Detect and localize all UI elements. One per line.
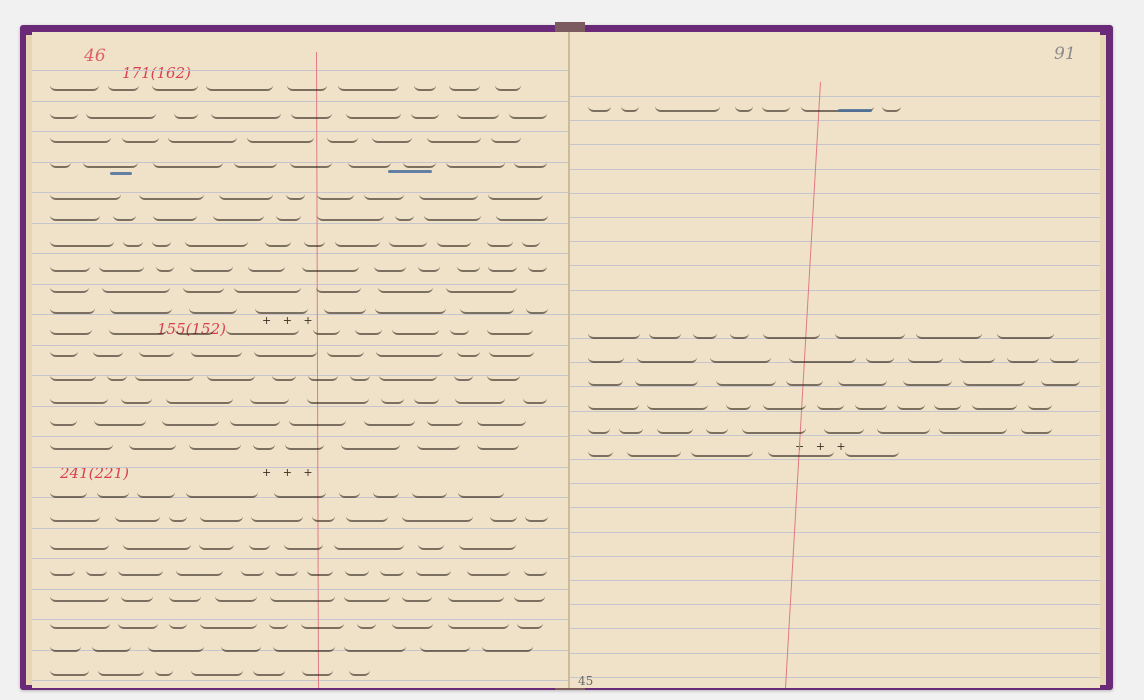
handwritten-word: [897, 394, 924, 410]
handwritten-word: [877, 418, 930, 434]
handwritten-word: [635, 370, 699, 386]
handwritten-word: [113, 205, 136, 221]
handwritten-word: [83, 152, 138, 168]
ruling-line: [32, 223, 568, 224]
handwritten-word: [287, 75, 328, 91]
ruling-line: [570, 314, 1100, 315]
handwritten-word: [344, 636, 406, 652]
handwritten-word: [972, 394, 1017, 410]
handwritten-word: [647, 394, 708, 410]
handwritten-word: [341, 434, 400, 450]
handwritten-word: [206, 75, 272, 91]
handwritten-word: [284, 534, 322, 550]
handwritten-word: [523, 388, 548, 404]
handwritten-word: [528, 256, 548, 272]
handwritten-word: [621, 96, 640, 112]
handwritten-word: [381, 388, 404, 404]
handwritten-word: [153, 205, 196, 221]
ruling-line: [570, 120, 1100, 121]
ruling-line: [570, 435, 1100, 436]
handwritten-word: [199, 534, 234, 550]
handwritten-word: [418, 256, 440, 272]
handwritten-word: [98, 660, 145, 676]
handwritten-word: [655, 96, 721, 112]
handwritten-word: [934, 394, 961, 410]
handwritten-word: [189, 434, 241, 450]
handwritten-word: [50, 434, 113, 450]
ruling-line: [32, 314, 568, 315]
handwritten-word: [50, 184, 121, 200]
handwritten-word: [392, 319, 439, 335]
handwritten-word: [50, 256, 90, 272]
handwritten-word: [139, 341, 174, 357]
handwritten-word: [437, 231, 471, 247]
handwritten-word: [312, 506, 335, 522]
handwritten-word: [251, 506, 303, 522]
handwritten-word: [92, 636, 131, 652]
handwritten-word: [123, 231, 143, 247]
handwritten-word: [710, 347, 770, 363]
handwritten-word: [706, 418, 728, 434]
handwritten-word: [189, 298, 237, 314]
handwritten-word: [153, 152, 224, 168]
handwritten-word: [789, 347, 856, 363]
handwritten-word: [997, 323, 1054, 339]
handwritten-word: [327, 341, 364, 357]
handwritten-word: [627, 441, 681, 457]
handwritten-word: [169, 613, 187, 629]
handwritten-word: [419, 184, 478, 200]
handwritten-word: [448, 613, 508, 629]
handwritten-word: [375, 298, 447, 314]
handwritten-word: [162, 410, 219, 426]
handwritten-word: [908, 347, 942, 363]
handwritten-word: [221, 636, 262, 652]
ruling-line: [570, 532, 1100, 533]
ruling-line: [570, 290, 1100, 291]
handwritten-word: [517, 613, 543, 629]
handwritten-word: [349, 660, 370, 676]
handwritten-word: [50, 231, 114, 247]
handwritten-word: [168, 127, 237, 143]
handwritten-word: [118, 613, 158, 629]
handwritten-word: [514, 586, 545, 602]
handwritten-word: [276, 205, 301, 221]
handwritten-word: [424, 205, 481, 221]
handwritten-word: [50, 205, 100, 221]
handwritten-word: [838, 370, 887, 386]
handwritten-word: [317, 184, 355, 200]
handwritten-word: [50, 410, 77, 426]
handwritten-word: [364, 184, 404, 200]
handwritten-word: [156, 256, 174, 272]
handwritten-word: [526, 298, 548, 314]
ruling-line: [32, 70, 568, 71]
handwritten-word: [50, 103, 78, 119]
handwritten-word: [99, 256, 143, 272]
handwritten-word: [446, 152, 505, 168]
handwritten-word: [304, 231, 325, 247]
handwritten-word: [403, 152, 436, 168]
handwritten-word: [489, 341, 534, 357]
handwritten-word: [416, 560, 451, 576]
handwritten-word: [374, 256, 407, 272]
handwritten-word: [762, 96, 790, 112]
handwritten-word: [525, 506, 547, 522]
handwritten-word: [378, 277, 433, 293]
handwritten-word: [255, 298, 308, 314]
blue-pencil-underline: [838, 109, 872, 112]
handwritten-word: [420, 636, 470, 652]
handwritten-word: [455, 388, 505, 404]
handwritten-word: [308, 365, 338, 381]
ruling-line: [570, 169, 1100, 170]
handwritten-word: [110, 298, 171, 314]
ruling-line: [32, 680, 568, 681]
handwritten-word: [588, 96, 611, 112]
handwritten-word: [324, 298, 366, 314]
handwritten-word: [129, 434, 176, 450]
handwritten-word: [241, 560, 264, 576]
handwritten-word: [691, 441, 752, 457]
handwritten-word: [348, 152, 391, 168]
handwritten-word: [457, 341, 480, 357]
handwritten-word: [102, 277, 170, 293]
handwritten-word: [835, 323, 905, 339]
ruling-line: [570, 459, 1100, 460]
handwritten-word: [514, 152, 547, 168]
handwritten-word: [457, 256, 480, 272]
handwritten-word: [412, 482, 447, 498]
handwritten-word: [495, 75, 522, 91]
handwritten-word: [373, 482, 400, 498]
handwritten-word: [213, 205, 263, 221]
handwritten-word: [490, 506, 517, 522]
handwritten-word: [175, 319, 213, 335]
right-page-number: 91: [1054, 44, 1076, 64]
handwritten-word: [1041, 370, 1080, 386]
handwritten-word: [334, 534, 404, 550]
handwritten-word: [290, 152, 332, 168]
ruling-line: [570, 653, 1100, 654]
section-separator-2: + + +: [262, 466, 317, 479]
handwritten-word: [524, 560, 548, 576]
handwritten-word: [487, 365, 520, 381]
handwritten-word: [427, 410, 463, 426]
handwritten-word: [649, 323, 681, 339]
right-page: 91 + + +: [569, 32, 1100, 688]
handwritten-word: [855, 394, 887, 410]
handwritten-word: [446, 277, 517, 293]
handwritten-word: [389, 231, 427, 247]
handwritten-word: [376, 341, 443, 357]
ruling-line: [570, 580, 1100, 581]
handwritten-word: [637, 347, 697, 363]
handwritten-word: [93, 341, 124, 357]
handwritten-word: [588, 394, 639, 410]
handwritten-word: [716, 370, 776, 386]
handwritten-word: [50, 127, 111, 143]
handwritten-word: [234, 277, 301, 293]
handwritten-word: [457, 103, 500, 119]
handwritten-word: [169, 506, 187, 522]
page-stack-right: [1099, 35, 1106, 685]
ruling-line: [32, 558, 568, 559]
handwritten-word: [1021, 418, 1053, 434]
handwritten-word: [903, 370, 952, 386]
handwritten-word: [270, 586, 336, 602]
handwritten-word: [123, 534, 191, 550]
handwritten-word: [588, 441, 613, 457]
handwritten-word: [588, 323, 640, 339]
handwritten-word: [588, 370, 623, 386]
handwritten-word: [477, 434, 519, 450]
handwritten-word: [313, 319, 339, 335]
handwritten-word: [959, 347, 996, 363]
handwritten-word: [742, 418, 806, 434]
handwritten-word: [97, 482, 128, 498]
handwritten-word: [726, 394, 750, 410]
handwritten-word: [845, 441, 899, 457]
handwritten-word: [121, 388, 152, 404]
ruling-line: [32, 101, 568, 102]
handwritten-word: [50, 482, 87, 498]
handwritten-word: [786, 370, 823, 386]
handwritten-word: [364, 410, 416, 426]
handwritten-word: [1007, 347, 1039, 363]
handwritten-word: [50, 388, 108, 404]
handwritten-word: [467, 560, 510, 576]
ruling-line: [32, 253, 568, 254]
handwritten-word: [155, 660, 173, 676]
handwritten-word: [338, 75, 399, 91]
handwritten-word: [335, 231, 380, 247]
handwritten-word: [50, 506, 100, 522]
handwritten-word: [939, 418, 1007, 434]
handwritten-word: [176, 560, 223, 576]
handwritten-word: [109, 319, 167, 335]
ruling-line: [570, 556, 1100, 557]
handwritten-word: [402, 506, 473, 522]
handwritten-word: [118, 560, 163, 576]
handwritten-word: [191, 341, 242, 357]
handwritten-word: [345, 560, 369, 576]
ruling-line: [570, 386, 1100, 387]
handwritten-word: [477, 410, 526, 426]
handwritten-word: [735, 96, 753, 112]
ruling-line: [32, 467, 568, 468]
ruling-line: [570, 628, 1100, 629]
handwritten-word: [291, 103, 332, 119]
handwritten-word: [427, 127, 481, 143]
handwritten-word: [346, 506, 388, 522]
handwritten-word: [657, 418, 693, 434]
handwritten-word: [414, 75, 436, 91]
handwritten-word: [249, 534, 270, 550]
handwritten-word: [460, 298, 514, 314]
handwritten-word: [174, 103, 199, 119]
handwritten-word: [491, 127, 521, 143]
handwritten-word: [200, 506, 243, 522]
ruling-line: [570, 144, 1100, 145]
handwritten-word: [122, 127, 159, 143]
handwritten-word: [301, 613, 343, 629]
handwritten-word: [265, 231, 291, 247]
ruling-line: [570, 604, 1100, 605]
handwritten-word: [768, 441, 834, 457]
handwritten-word: [302, 660, 333, 676]
handwritten-word: [86, 103, 156, 119]
bottom-folio-number: 45: [578, 674, 593, 688]
handwritten-word: [339, 482, 360, 498]
ruling-line: [570, 411, 1100, 412]
handwritten-word: [487, 231, 513, 247]
ruling-line: [570, 193, 1100, 194]
handwritten-word: [411, 103, 438, 119]
handwritten-word: [115, 506, 160, 522]
ruling-line: [570, 217, 1100, 218]
ruling-line: [32, 528, 568, 529]
handwritten-word: [137, 482, 174, 498]
blue-pencil-underline: [388, 170, 432, 173]
handwritten-word: [763, 394, 805, 410]
handwritten-word: [350, 365, 370, 381]
handwritten-word: [307, 560, 333, 576]
handwritten-word: [230, 410, 280, 426]
handwritten-word: [417, 434, 460, 450]
handwritten-word: [459, 534, 516, 550]
handwritten-word: [50, 319, 92, 335]
handwritten-word: [275, 560, 297, 576]
handwritten-word: [248, 256, 285, 272]
blue-pencil-underline: [110, 172, 132, 175]
handwritten-word: [272, 365, 296, 381]
ruling-line: [570, 241, 1100, 242]
handwritten-word: [50, 586, 109, 602]
handwritten-word: [344, 586, 389, 602]
handwritten-word: [183, 277, 224, 293]
handwritten-word: [588, 347, 624, 363]
handwritten-word: [522, 231, 540, 247]
handwritten-word: [169, 586, 201, 602]
handwritten-word: [253, 434, 276, 450]
handwritten-word: [234, 152, 276, 168]
handwritten-word: [50, 75, 99, 91]
handwritten-word: [317, 205, 384, 221]
handwritten-word: [215, 586, 257, 602]
handwritten-word: [289, 410, 346, 426]
handwritten-word: [200, 613, 258, 629]
handwritten-word: [316, 277, 361, 293]
handwritten-word: [357, 613, 376, 629]
handwritten-word: [380, 560, 404, 576]
handwritten-word: [372, 127, 412, 143]
handwritten-word: [107, 365, 127, 381]
handwritten-word: [226, 319, 298, 335]
handwritten-word: [824, 418, 864, 434]
handwritten-word: [50, 152, 71, 168]
handwritten-word: [253, 660, 284, 676]
handwritten-word: [50, 560, 75, 576]
handwritten-word: [50, 636, 81, 652]
handwritten-word: [346, 103, 401, 119]
handwritten-word: [50, 365, 96, 381]
handwritten-word: [355, 319, 382, 335]
handwritten-word: [763, 323, 820, 339]
handwritten-word: [302, 256, 359, 272]
handwritten-word: [247, 127, 314, 143]
left-page-number: 46: [84, 46, 106, 66]
handwritten-word: [269, 613, 289, 629]
handwritten-word: [273, 636, 334, 652]
handwritten-word: [588, 418, 610, 434]
handwritten-word: [211, 103, 282, 119]
ruling-line: [32, 406, 568, 407]
handwritten-word: [207, 365, 255, 381]
handwritten-word: [50, 277, 89, 293]
handwritten-word: [817, 394, 843, 410]
handwritten-word: [50, 613, 110, 629]
handwritten-word: [482, 636, 534, 652]
handwritten-word: [108, 75, 139, 91]
handwritten-word: [450, 319, 469, 335]
handwritten-word: [50, 341, 78, 357]
handwritten-word: [286, 184, 305, 200]
handwritten-word: [254, 341, 318, 357]
handwritten-word: [274, 482, 326, 498]
handwritten-word: [866, 347, 894, 363]
handwritten-word: [135, 365, 194, 381]
handwritten-word: [379, 365, 437, 381]
handwritten-word: [139, 184, 204, 200]
handwritten-word: [693, 323, 716, 339]
handwritten-word: [448, 586, 504, 602]
handwritten-word: [488, 184, 543, 200]
handwritten-word: [327, 127, 358, 143]
handwritten-word: [152, 75, 198, 91]
handwritten-word: [1028, 394, 1052, 410]
handwritten-word: [219, 184, 272, 200]
handwritten-word: [148, 636, 204, 652]
handwritten-word: [395, 205, 414, 221]
ruling-line: [570, 483, 1100, 484]
ruling-line: [570, 265, 1100, 266]
handwritten-word: [488, 256, 516, 272]
handwritten-word: [402, 586, 432, 602]
handwritten-word: [191, 660, 243, 676]
ruling-line: [570, 677, 1100, 678]
handwritten-word: [454, 365, 474, 381]
handwritten-word: [730, 323, 750, 339]
handwritten-word: [121, 586, 153, 602]
left-page: 46 171(162) 155(152) 241(221) + + + + + …: [32, 32, 569, 688]
handwritten-word: [190, 256, 233, 272]
ruling-line: [570, 507, 1100, 508]
handwritten-word: [307, 388, 369, 404]
handwritten-word: [496, 205, 549, 221]
handwritten-word: [487, 319, 533, 335]
handwritten-word: [185, 231, 249, 247]
handwritten-word: [1050, 347, 1079, 363]
handwritten-word: [152, 231, 171, 247]
handwritten-word: [166, 388, 233, 404]
handwritten-word: [619, 418, 642, 434]
handwritten-word: [50, 534, 109, 550]
handwritten-word: [916, 323, 983, 339]
handwritten-word: [882, 96, 901, 112]
handwritten-word: [94, 410, 146, 426]
handwritten-word: [250, 388, 289, 404]
